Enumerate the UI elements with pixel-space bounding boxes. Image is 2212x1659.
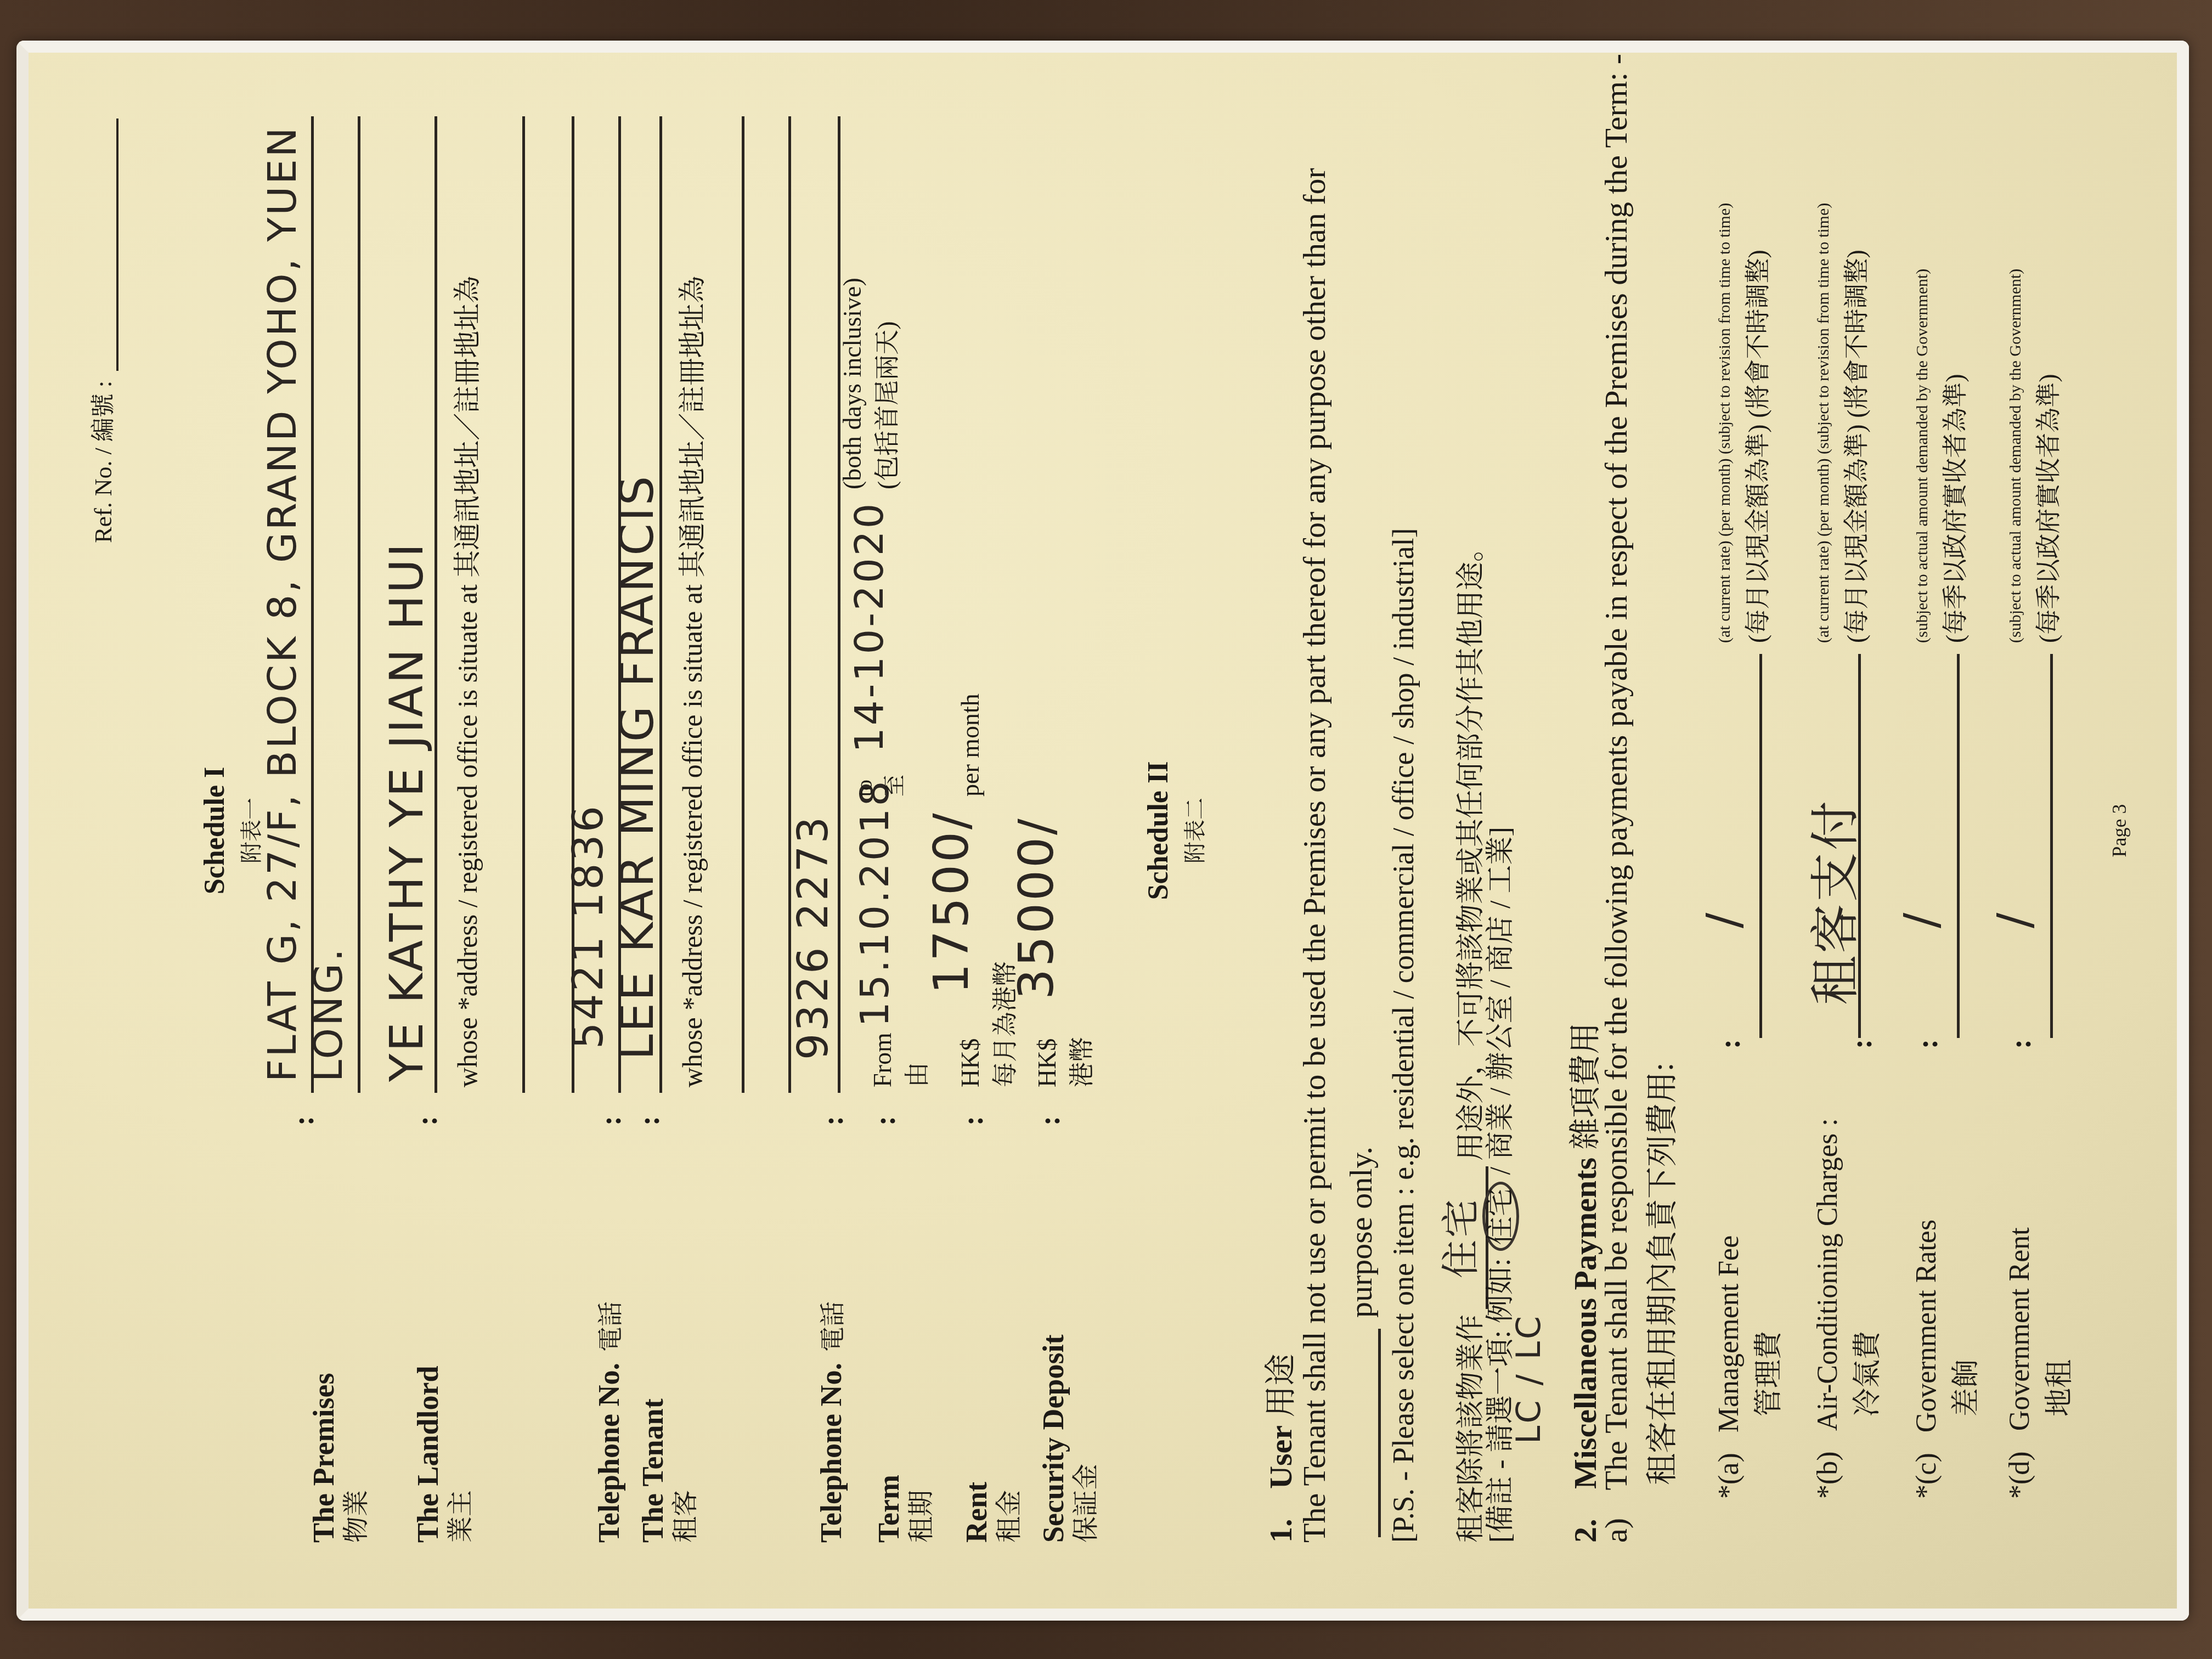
- option-commercial[interactable]: 商業: [1485, 1103, 1516, 1160]
- landlord-line: [435, 116, 437, 1093]
- item-label-zh: 地租: [2044, 1359, 2075, 1417]
- misc-item-c: *(c) Government Rates 差餉: [1910, 1220, 1984, 1499]
- item-marker: *(c): [1911, 1453, 1942, 1499]
- item-a-value[interactable]: /: [1696, 911, 1750, 928]
- tenant-phone-label-en: Telephone No.: [815, 1363, 848, 1543]
- term-label: Term 租期: [873, 1475, 935, 1543]
- ps-note-en: [P.S. - Please select one item : e.g. re…: [1386, 528, 1420, 1543]
- premises-value[interactable]: FLAT G, 27/F, BLOCK 8, GRAND YOHO, YUEN …: [259, 53, 351, 1082]
- rent-label: Rent 租金: [961, 1482, 1023, 1543]
- tenant-label-en: The Tenant: [636, 1398, 669, 1543]
- item-a-note: (at current rate) (per month) (subject t…: [1716, 203, 1734, 643]
- rent-currency-en: HK$: [956, 1039, 984, 1087]
- tenant-line: [659, 116, 662, 1093]
- ref-number-field[interactable]: [94, 119, 119, 371]
- term-note-en: (both days inclusive): [838, 278, 866, 489]
- user-heading-zh: 用途: [1263, 1354, 1299, 1418]
- user-number: 1.: [1263, 1519, 1299, 1543]
- item-marker: *(d): [2004, 1451, 2035, 1499]
- tenant-label-zh: 租客: [672, 1398, 699, 1543]
- item-label: Government Rates: [1911, 1220, 1942, 1432]
- colon: :: [956, 1116, 990, 1126]
- misc-clause-text: The Tenant shall be responsible for the …: [1598, 54, 1634, 1490]
- landlord-phone-label-en: Telephone No.: [592, 1363, 625, 1543]
- colon: :: [632, 1116, 666, 1126]
- term-to-value[interactable]: 14-10-2020: [846, 501, 892, 753]
- rent-suffix: per month: [956, 693, 985, 797]
- colon: :: [868, 1116, 902, 1126]
- ref-label: Ref. No. / 編號 :: [83, 381, 119, 543]
- initials: LC / LC: [1510, 1314, 1548, 1444]
- colon: :: [2004, 1039, 2038, 1049]
- item-c-note: (subject to actual amount demanded by th…: [1913, 269, 1932, 643]
- deposit-label-zh: 保証金: [1073, 1335, 1100, 1543]
- item-b-value[interactable]: 租客支付: [1795, 799, 1866, 1005]
- colon: :: [1910, 1039, 1944, 1049]
- tenant-label: The Tenant 租客: [637, 1398, 699, 1543]
- landlord-phone-label: Telephone No.電話: [594, 1301, 625, 1543]
- from-label: From: [868, 1032, 896, 1087]
- colon: :: [410, 1116, 444, 1126]
- item-a-line: [1759, 654, 1762, 1038]
- colon: :: [1844, 1039, 1878, 1049]
- rent-label-zh: 租金: [996, 1482, 1023, 1543]
- purpose-blank[interactable]: [1378, 1329, 1381, 1537]
- premises-line-2: [358, 116, 360, 1093]
- misc-clause: a) The Tenant shall be responsible for t…: [1598, 54, 1634, 1543]
- schedule1-title: Schedule I: [199, 53, 231, 1609]
- rent-label-en: Rent: [960, 1482, 993, 1543]
- term-from-label: From 由: [868, 1032, 933, 1087]
- schedule2-subtitle: 附表二: [1178, 53, 1209, 1609]
- item-c-value[interactable]: /: [1894, 911, 1948, 928]
- item-marker: *(b): [1812, 1451, 1843, 1499]
- misc-item-d: *(d) Government Rent 地租: [2004, 1227, 2077, 1499]
- colon: :: [1713, 1039, 1747, 1049]
- landlord-label-zh: 業主: [447, 1365, 475, 1543]
- tenant-phone-label-zh: 電話: [819, 1301, 847, 1352]
- deposit-currency-en: HK$: [1033, 1039, 1061, 1087]
- item-a-note-zh: (每月以現金額為準) (將會不時調整): [1737, 250, 1774, 643]
- colon: :: [1032, 1116, 1066, 1126]
- premises-label-en: The Premises: [307, 1373, 340, 1543]
- rent-value[interactable]: 17500/: [923, 811, 979, 994]
- user-heading-en: User: [1263, 1425, 1299, 1489]
- item-c-note-zh: (每季以政府實收者為準): [1935, 374, 1971, 643]
- landlord-label-en: The Landlord: [411, 1365, 444, 1543]
- misc-item-b: *(b) Air-Conditioning Charges : 冷氣費: [1812, 1118, 1885, 1499]
- tenant-phone-value[interactable]: 9326 2273: [788, 815, 837, 1060]
- landlord-label: The Landlord 業主: [413, 1365, 475, 1543]
- term-from-value[interactable]: 15.10.2018: [851, 779, 898, 1027]
- term-note-zh: (包括首尾兩天): [873, 321, 901, 489]
- item-label-zh: 差餉: [1951, 1359, 1982, 1417]
- schedule2-title: Schedule II: [1142, 53, 1175, 1609]
- misc-item-a: *(a) Management Fee 管理費: [1713, 1235, 1786, 1499]
- tenant-address-line-1[interactable]: [742, 116, 744, 1093]
- item-b-line: [1858, 654, 1861, 1038]
- page-number: Page 3: [2108, 53, 2131, 1609]
- misc-clause-marker: a): [1598, 1518, 1634, 1543]
- premises-label: The Premises 物業: [308, 1373, 370, 1543]
- deposit-label-en: Security Deposit: [1037, 1335, 1070, 1543]
- landlord-phone-label-zh: 電話: [596, 1301, 624, 1352]
- to-label-zh: 至: [882, 775, 907, 797]
- tenant-phone-label: Telephone No.電話: [816, 1301, 847, 1543]
- item-d-line: [2050, 654, 2053, 1038]
- option-industrial[interactable]: 工業: [1485, 837, 1516, 894]
- item-d-note: (subject to actual amount demanded by th…: [2006, 269, 2025, 643]
- item-c-line: [1957, 654, 1960, 1038]
- misc-clause-zh: 租客在租用期內負責下列費用:: [1636, 1063, 1682, 1485]
- purpose-suffix: purpose only.: [1342, 1147, 1379, 1318]
- option-shop[interactable]: 商店: [1485, 916, 1516, 973]
- item-d-note-zh: (每季以政府實收者為準): [2028, 374, 2064, 643]
- tenant-phone-line: [838, 116, 840, 1093]
- term-label-en: Term: [872, 1475, 905, 1543]
- deposit-currency-zh: 港幣: [1068, 1037, 1096, 1087]
- colon: :: [286, 1116, 320, 1126]
- deposit-currency: HK$ 港幣: [1032, 1037, 1098, 1087]
- item-label-zh: 管理費: [1753, 1331, 1785, 1417]
- item-d-value[interactable]: /: [1987, 911, 2041, 928]
- item-marker: *(a): [1713, 1453, 1745, 1499]
- deposit-value[interactable]: 35000/: [1008, 816, 1064, 1000]
- rotated-document-frame: Ref. No. / 編號 : Schedule I 附表一 The Premi…: [0, 0, 2212, 1659]
- landlord-address-note: whose *address / registered office is si…: [445, 276, 485, 1087]
- ref-number: Ref. No. / 編號 :: [83, 119, 119, 543]
- premises-line-1: [311, 116, 314, 1093]
- item-label: Government Rent: [2004, 1227, 2035, 1431]
- colon: :: [816, 1116, 850, 1126]
- term-label-zh: 租期: [908, 1475, 935, 1543]
- item-b-note: (at current rate) (per month) (subject t…: [1814, 203, 1833, 643]
- item-label-zh: 冷氣費: [1852, 1331, 1883, 1417]
- term-to-label: to 至: [851, 775, 909, 797]
- item-label: Air-Conditioning Charges: [1812, 1133, 1843, 1431]
- from-label-zh: 由: [903, 1062, 931, 1087]
- term-note: (both days inclusive) (包括首尾兩天): [838, 278, 903, 489]
- tenant-value[interactable]: LEE KAR MING FRANCIS: [610, 474, 664, 1060]
- item-label: Management Fee: [1713, 1235, 1745, 1433]
- option-residential-circled[interactable]: 住宅: [1482, 1182, 1519, 1251]
- lease-page: Ref. No. / 編號 : Schedule I 附表一 The Premi…: [16, 41, 2189, 1621]
- option-office[interactable]: 辦公室: [1485, 995, 1516, 1081]
- deposit-label: Security Deposit 保証金: [1038, 1335, 1100, 1543]
- user-heading: 1. User 用途: [1255, 1354, 1301, 1543]
- landlord-value[interactable]: YE KATHY YE JIAN HUI: [380, 541, 433, 1082]
- tenant-address-note: whose *address / registered office is si…: [670, 276, 710, 1087]
- user-clause-text: The Tenant shall not use or permit to be…: [1296, 105, 1333, 1543]
- landlord-phone-value[interactable]: 5421 1836: [563, 804, 612, 1049]
- landlord-address-line-1[interactable]: [522, 116, 525, 1093]
- colon: :: [594, 1116, 628, 1126]
- premises-label-zh: 物業: [343, 1373, 370, 1543]
- to-label: to: [852, 780, 877, 797]
- item-b-note-zh: (每月以現金額為準) (將會不時調整): [1836, 250, 1872, 643]
